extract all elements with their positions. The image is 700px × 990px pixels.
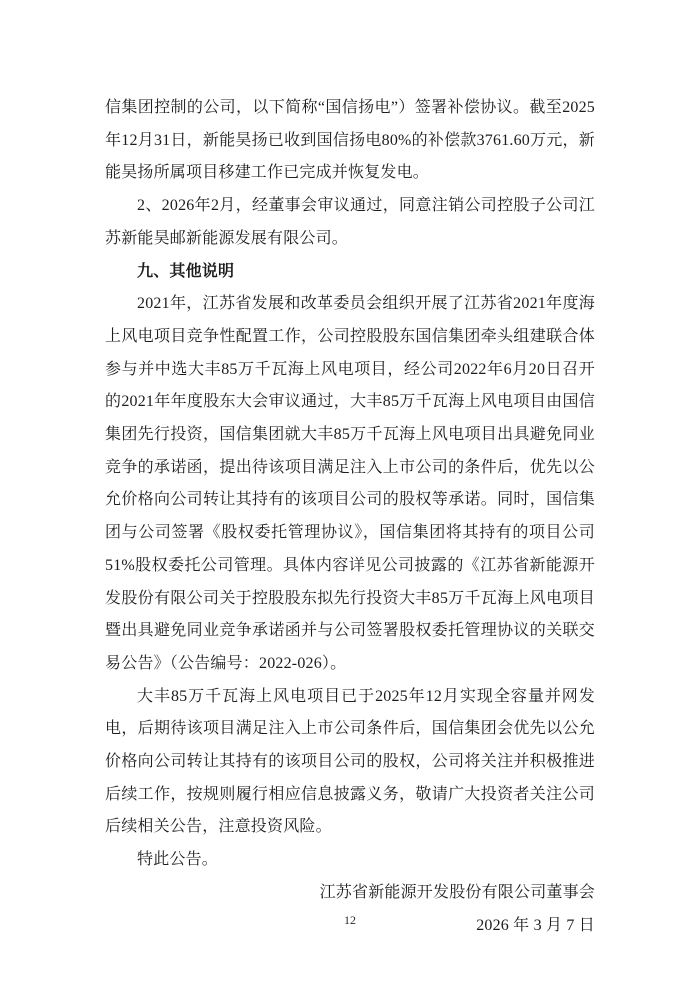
paragraph-item-2-deregistration: 2、2026年2月，经董事会审议通过，同意注销公司控股子公司江苏新能昊邮新能源发… xyxy=(105,190,595,255)
document-body: 信集团控制的公司，以下简称“国信扬电”）签署补偿协议。截至2025年12月31日… xyxy=(105,92,595,942)
paragraph-compensation-continuation: 信集团控制的公司，以下简称“国信扬电”）签署补偿协议。截至2025年12月31日… xyxy=(105,92,595,190)
announcement-page: 信集团控制的公司，以下简称“国信扬电”）签署补偿协议。截至2025年12月31日… xyxy=(0,0,700,990)
paragraph-closing-announcement: 特此公告。 xyxy=(105,844,595,877)
signature-company-board: 江苏省新能源开发股份有限公司董事会 xyxy=(105,877,595,910)
paragraph-grid-connection-outlook: 大丰85万千瓦海上风电项目已于2025年12月实现全容量并网发电，后期待该项目满… xyxy=(105,681,595,845)
page-number: 12 xyxy=(0,912,700,928)
paragraph-2021-offshore-wind-background: 2021年，江苏省发展和改革委员会组织开展了江苏省2021年度海上风电项目竞争性… xyxy=(105,288,595,680)
section-heading-other-notes: 九、其他说明 xyxy=(105,256,595,289)
